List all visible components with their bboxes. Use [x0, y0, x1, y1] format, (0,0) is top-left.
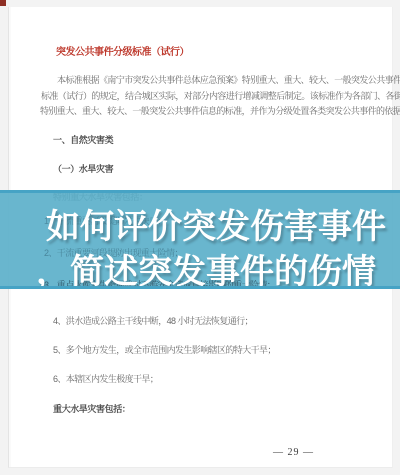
page-number: — 29 —	[273, 447, 314, 458]
list-item-4: 4、洪水造成公路主干线中断，48 小时无法恢复通行；	[53, 314, 253, 327]
list-item-5: 5、多个地方发生，或全市范围内发生影响辖区的特大干旱；	[53, 343, 276, 356]
subsection-heading: （一）水旱灾害	[53, 162, 113, 175]
corner-badge	[0, 0, 6, 6]
list-item-6: 6、本辖区内发生极度干旱；	[53, 372, 158, 385]
overlay-headline-line-1: 如何评价突发伤害事件	[46, 199, 386, 248]
document-title: 突发公共事件分级标准（试行）	[56, 43, 189, 58]
section-heading: 一、自然灾害类	[53, 133, 113, 146]
intro-line-3: 特别重大、重大、较大、一般突发公共事件信息的标准，并作为分级处置各类突发公共事件…	[40, 104, 400, 117]
major-disaster-label: 重大水旱灾害包括：	[53, 402, 130, 415]
intro-line-2: 标准（试行）的规定，结合城区实际，对部分内容进行增减调整后制定。该标准作为各部门…	[41, 89, 400, 102]
overlay-banner: 1、干流重要河段堤防发生决口； 2、干流重要河段堤防出现重大险情； 3、重点水库…	[0, 190, 400, 289]
screenshot-canvas: 突发公共事件分级标准（试行） 本标准根据《南宁市突发公共事件总体应急预案》特别重…	[0, 0, 400, 475]
intro-line-1: 本标准根据《南宁市突发公共事件总体应急预案》特别重大、重大、较大、一般突发公共事…	[57, 73, 400, 86]
overlay-headline-line-2: ，简述突发事件的伤情	[36, 244, 376, 289]
